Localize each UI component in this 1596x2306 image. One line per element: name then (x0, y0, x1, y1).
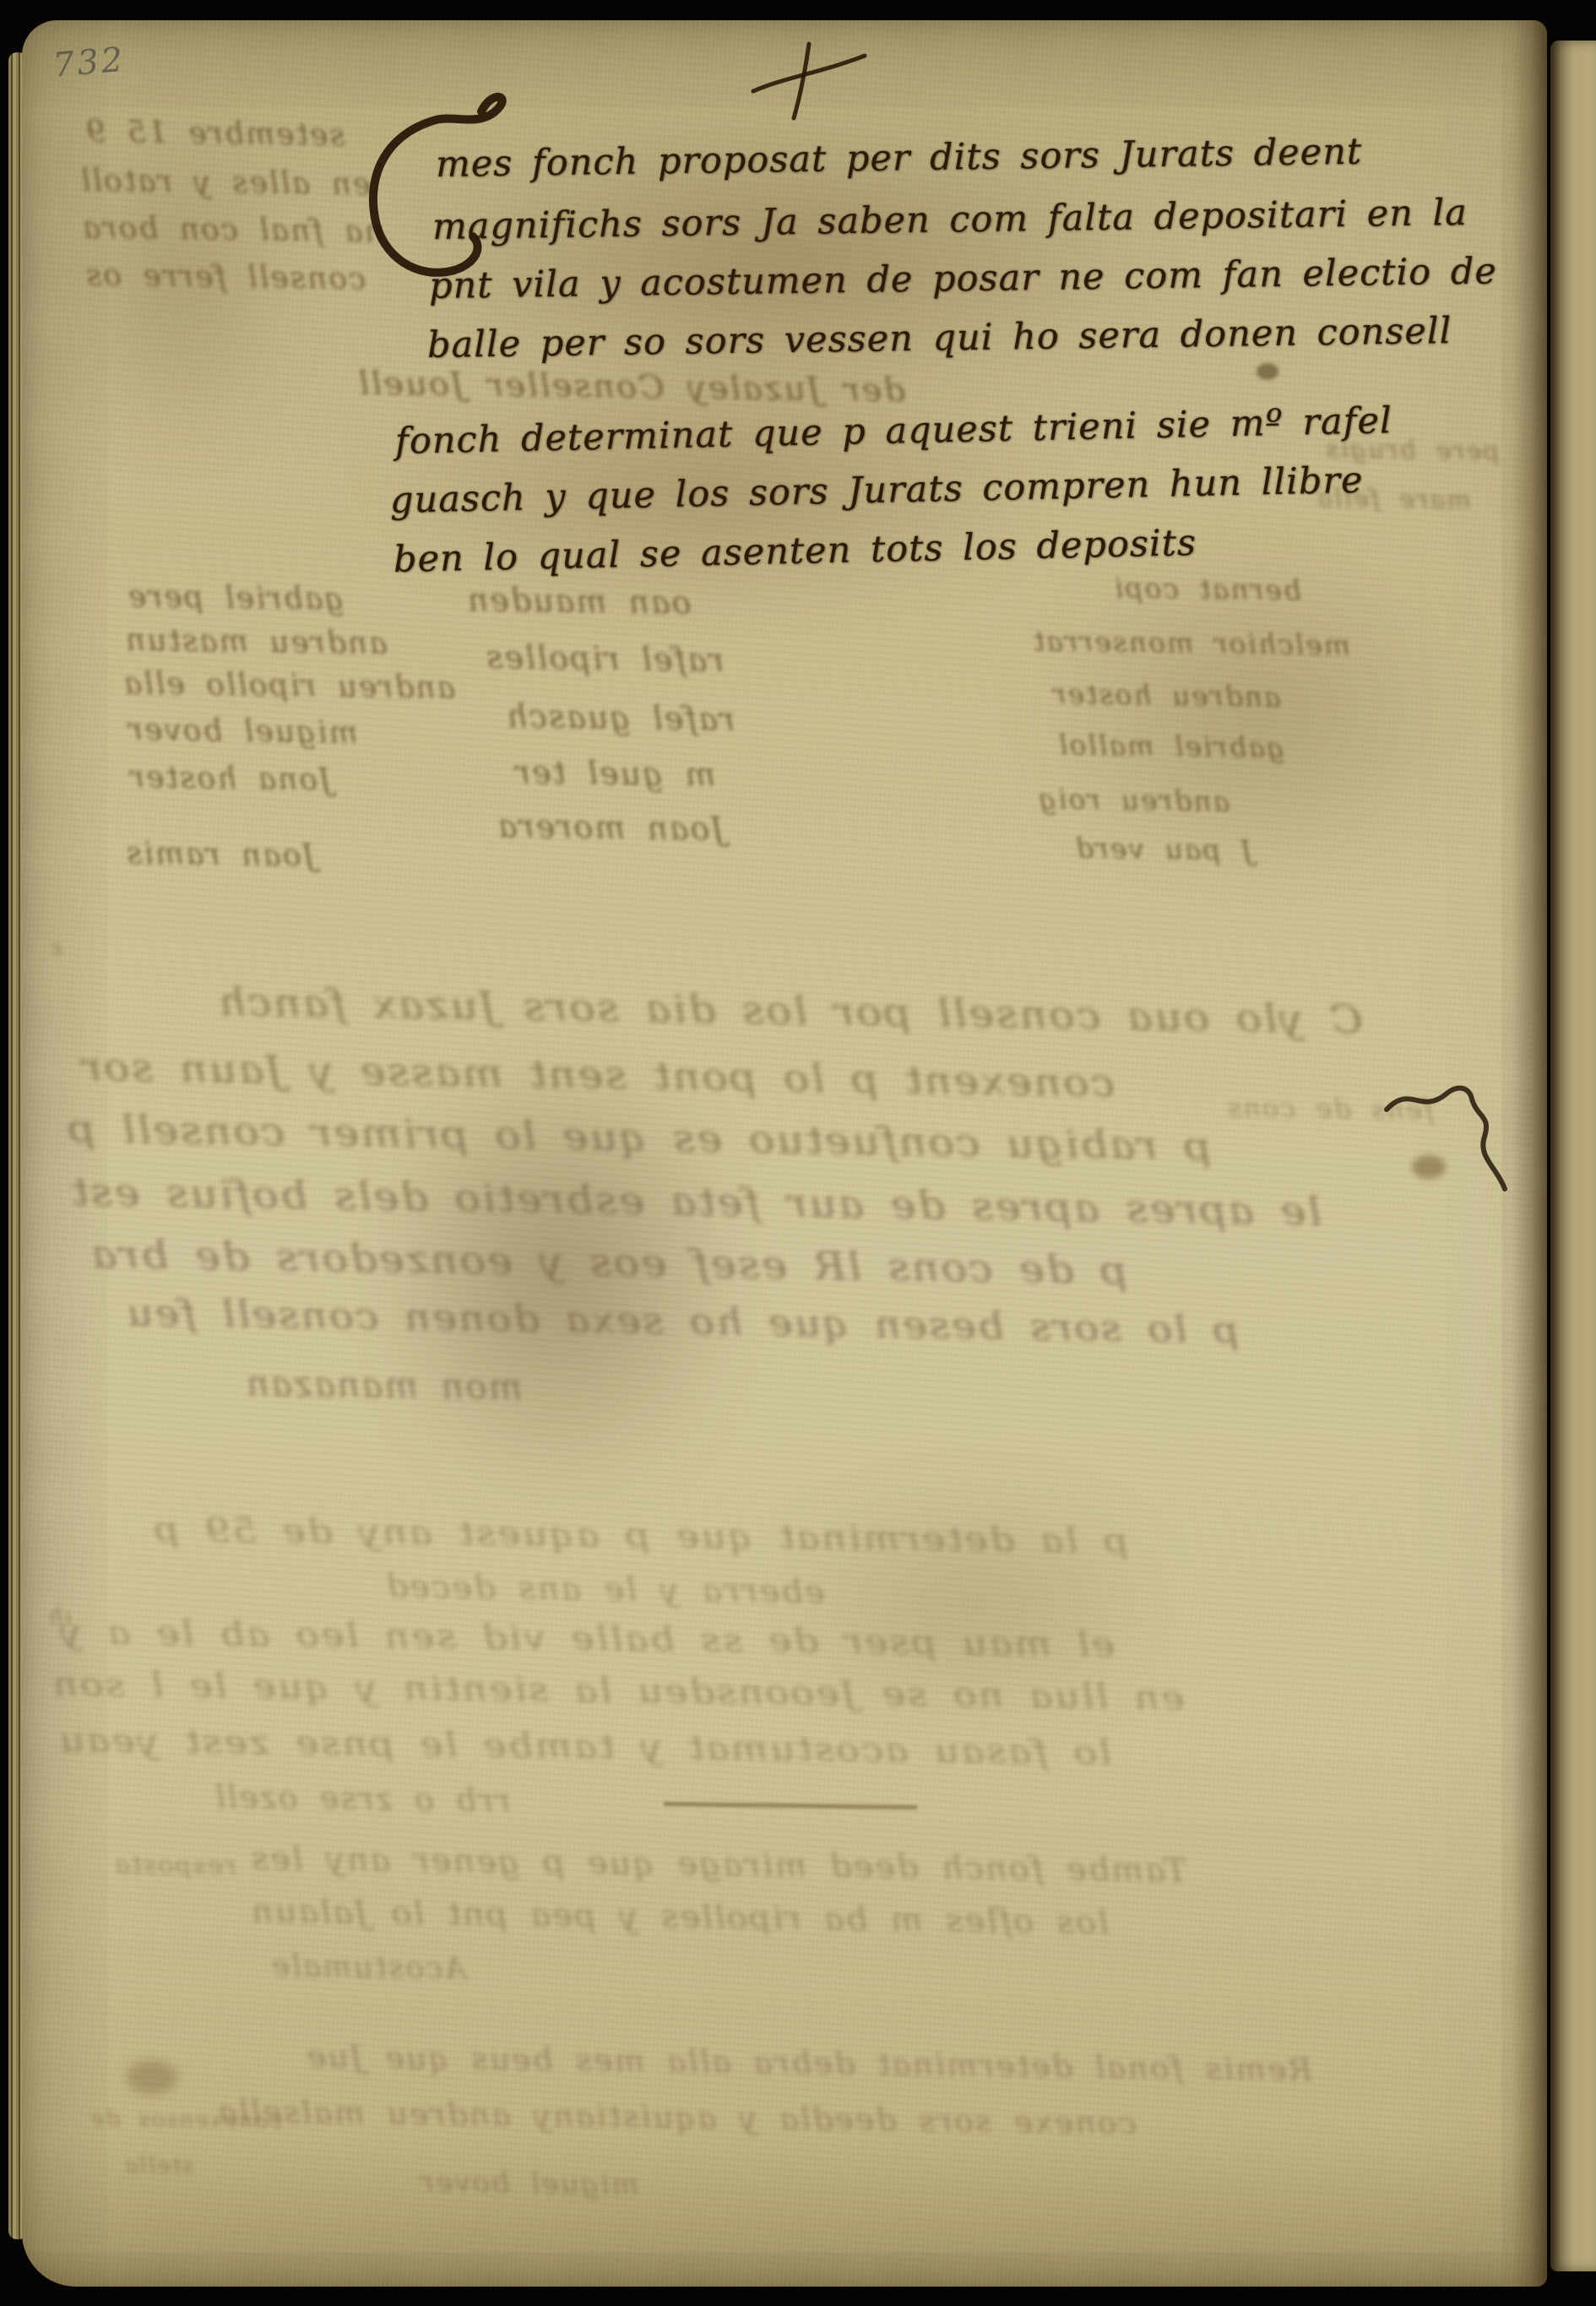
name-entry: andreu mastun (124, 623, 388, 661)
manuscript-page: 732 setembre 15 9 en alles y ratoll na f… (22, 20, 1547, 2287)
margin-flourish-icon (1376, 1066, 1524, 1205)
manuscript-scan: 732 setembre 15 9 en alles y ratoll na f… (0, 0, 1596, 2306)
bleedthrough-line: en alles y ratoll (79, 164, 372, 203)
name-entry: rafel ripolles (485, 638, 725, 679)
gutter-crease (1512, 20, 1547, 2287)
name-entry: melchior monserrat (1032, 624, 1351, 661)
name-entry: gabriel pere (127, 579, 345, 617)
bleedthrough-line: der Juzaley Conseller Jouell (356, 365, 905, 410)
folio-number: 732 (52, 41, 127, 85)
edge-scribble: ıh (46, 1603, 73, 1630)
edge-scribble: ε (49, 936, 62, 961)
name-entry: andreu hoster (1051, 677, 1281, 714)
bleedthrough-line: rrb o zrse ozell (214, 1778, 511, 1820)
name-entry: Joan morera (497, 807, 725, 848)
bleedthrough-line: mon manazan (245, 1363, 523, 1408)
bleedthrough-line: miguel bover (419, 2165, 639, 2202)
name-entry: J pau verd (1074, 832, 1253, 867)
bleedthrough-line: Acostumale (270, 1949, 467, 1986)
name-entry: m guel ter (513, 753, 716, 793)
bleedthrough-line: consell ferre os (84, 258, 366, 297)
name-entry: oan mauden (466, 581, 692, 621)
bleedthrough-line: eberra y le ans deced (384, 1568, 825, 1611)
name-entry: andreu roig (1037, 782, 1230, 817)
name-entry: bernat copi (1113, 571, 1302, 606)
name-entry: Jona hoster (128, 760, 332, 797)
next-page-sliver (1550, 41, 1596, 2271)
bleedthrough-line: setembre 15 9 (84, 115, 345, 153)
ink-spot (127, 2060, 177, 2094)
name-entry: gabriel mallol (1057, 728, 1285, 764)
cross-mark-icon (746, 39, 873, 123)
ink-spot (1257, 363, 1278, 380)
name-entry: miguel bover (127, 713, 358, 751)
margin-note: conexensos de (90, 2106, 282, 2134)
margin-note: stella (123, 2152, 194, 2178)
name-entry: Joan ramis (125, 836, 316, 873)
bleedthrough-line: na fnal con bora (81, 210, 384, 249)
name-entry: rafel guasch (505, 697, 736, 738)
margin-note: resposta (113, 1850, 237, 1881)
name-entry: andreu ripollo ella (122, 666, 456, 706)
